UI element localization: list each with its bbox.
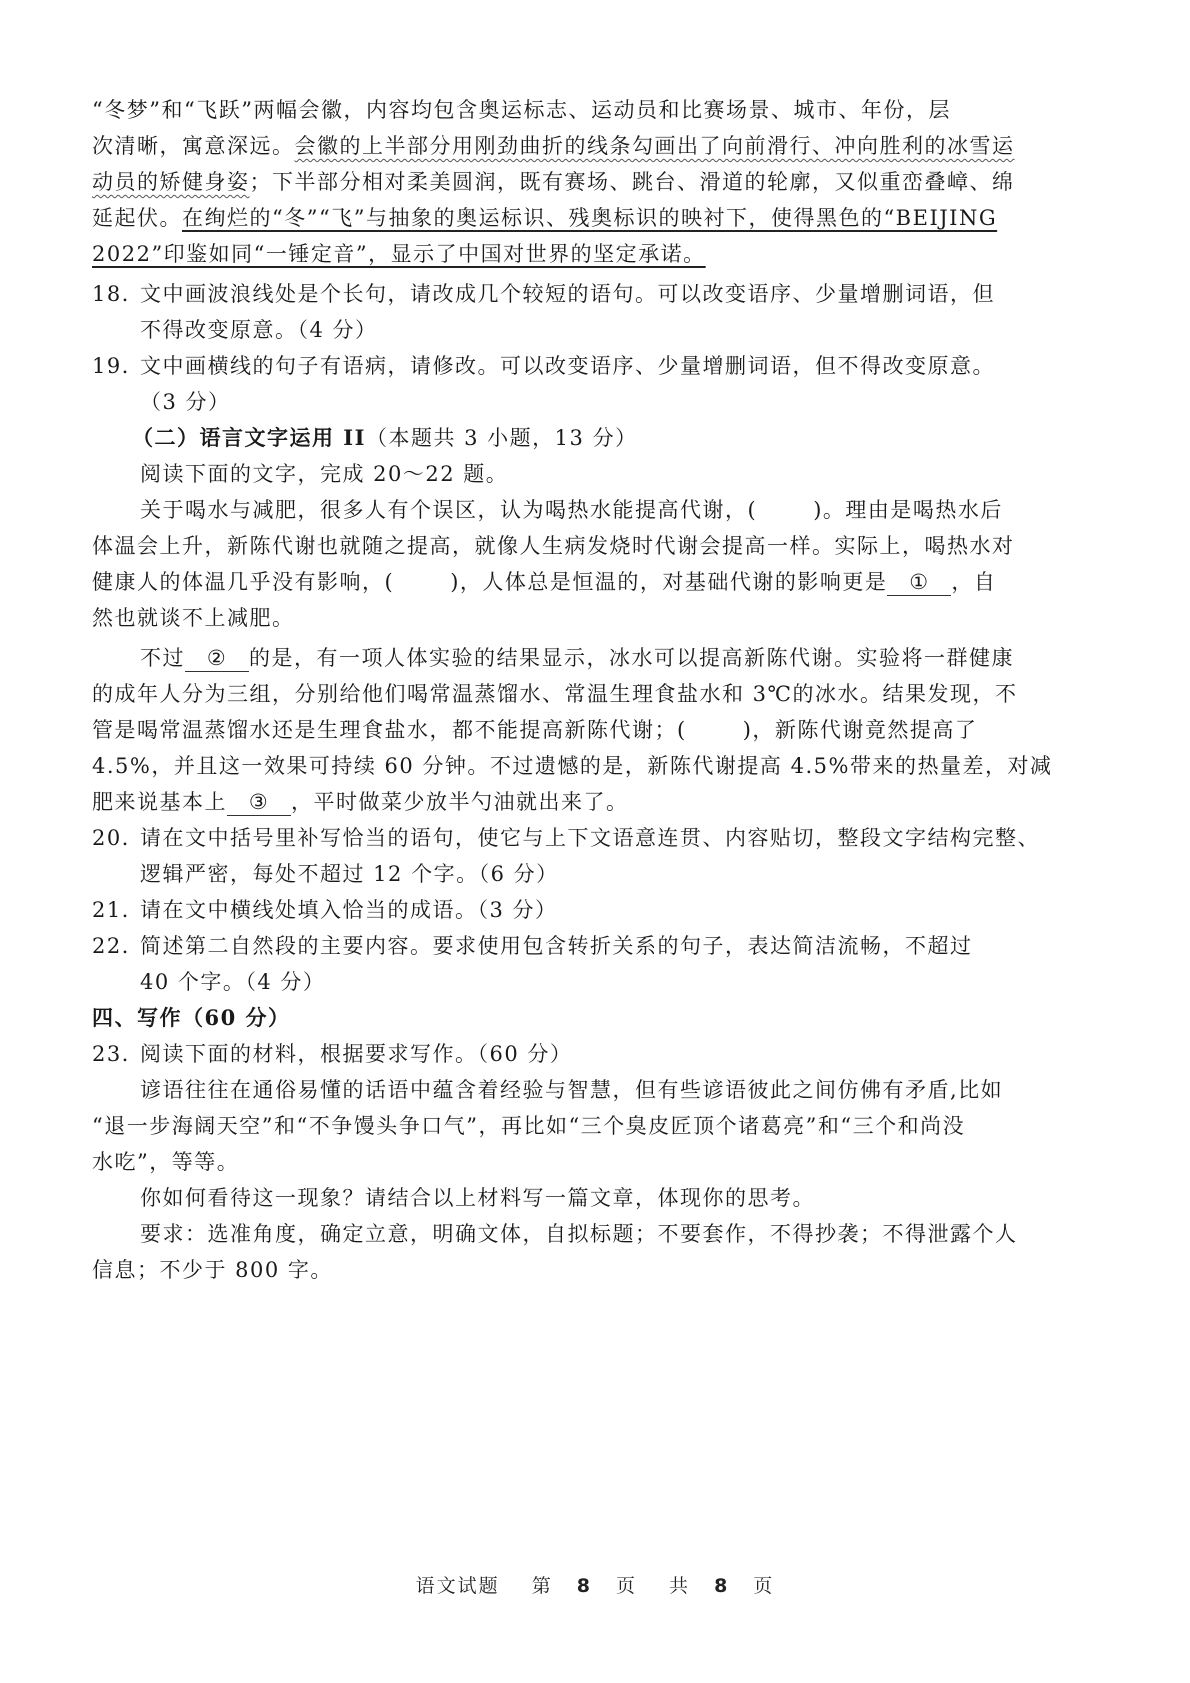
wavy-underlined-text: 会徽的上半部分用刚劲曲折的线条勾画出了向前滑行、冲向胜利的冰雪运: [295, 134, 1015, 158]
question-text: 请在文中括号里补写恰当的语句，使它与上下文语意连贯、内容贴切，整段文字结构完整、: [140, 826, 1040, 850]
material-line2: “退一步海阔天空”和“不争馒头争口气”，再比如“三个臭皮匠顶个诸葛亮”和“三个和…: [92, 1108, 1098, 1144]
question-22: 22．简述第二自然段的主要内容。要求使用包含转折关系的句子，表达简洁流畅，不超过: [92, 928, 1098, 964]
underlined-text: 在绚烂的“冬”“飞”与抽象的奥运标识、残奥标识的映衬下，使得黑色的“BEIJIN…: [182, 206, 997, 230]
passage1-line3: 动员的矫健身姿；下半部分相对柔美圆润，既有赛场、跳台、滑道的轮廓，又似重峦叠嶂、…: [92, 164, 1098, 200]
section-title: （二）语言文字运用 II: [132, 425, 366, 450]
question-19: 19．文中画横线的句子有语病，请修改。可以改变语序、少量增删词语，但不得改变原意…: [92, 348, 1098, 384]
text: ，平时做菜少放半勺油就出来了。: [291, 790, 629, 814]
prompt-line: 你如何看待这一现象？请结合以上材料写一篇文章，体现你的思考。: [92, 1180, 1098, 1216]
question-19-cont: （3 分）: [92, 384, 1098, 420]
question-23: 23．阅读下面的材料，根据要求写作。（60 分）: [92, 1036, 1098, 1072]
text: )，人体总是恒温的，对基础代谢的影响更是: [450, 570, 887, 594]
question-number: 23．: [92, 1036, 140, 1072]
question-text: 阅读下面的材料，根据要求写作。（60 分）: [140, 1042, 572, 1066]
text: 肥来说基本上: [92, 790, 227, 814]
material-line1: 谚语往往在通俗易懂的话语中蕴含着经验与智慧，但有些谚语彼此之间仿佛有矛盾,比如: [92, 1072, 1098, 1108]
passage2-p2-line3: 管是喝常温蒸馏水还是生理食盐水，都不能提高新陈代谢；()，新陈代谢竟然提高了: [92, 712, 1098, 748]
question-text: 请在文中横线处填入恰当的成语。（3 分）: [140, 898, 558, 922]
passage2-p1-line2: 体温会上升，新陈代谢也就随之提高，就像人生病发烧时代谢会提高一样。实际上，喝热水…: [92, 528, 1098, 564]
section-2-instruction: 阅读下面的文字，完成 20～22 题。: [92, 456, 1098, 492]
footer-ye: 页: [753, 1575, 774, 1597]
question-number: 20．: [92, 820, 140, 856]
question-20-cont: 逻辑严密，每处不超过 12 个字。（6 分）: [92, 856, 1098, 892]
passage2-p2-line5: 肥来说基本上③，平时做菜少放半勺油就出来了。: [92, 784, 1098, 820]
underlined-text: 2022”印鉴如同“一锤定音”，显示了中国对世界的坚定承诺。: [92, 242, 706, 266]
passage2-p1-line4: 然也就谈不上减肥。: [92, 600, 1098, 636]
passage1-line1: “冬梦”和“飞跃”两幅会徽，内容均包含奥运标志、运动员和比赛场景、城市、年份，层: [92, 92, 1098, 128]
exam-page: “冬梦”和“飞跃”两幅会徽，内容均包含奥运标志、运动员和比赛场景、城市、年份，层…: [92, 92, 1098, 1288]
text: 关于喝水与减肥，很多人有个误区，认为喝热水能提高代谢，(: [140, 498, 757, 522]
passage2-p2-line2: 的成年人分为三组，分别给他们喝常温蒸馏水、常温生理食盐水和 3℃的冰水。结果发现…: [92, 676, 1098, 712]
question-text: 简述第二自然段的主要内容。要求使用包含转折关系的句子，表达简洁流畅，不超过: [140, 934, 973, 958]
requirements-line2: 信息；不少于 800 字。: [92, 1252, 1098, 1288]
question-18: 18．文中画波浪线处是个长句，请改成几个较短的语句。可以改变语序、少量增删词语，…: [92, 276, 1098, 312]
passage2-p2-line1: 不过②的是，有一项人体实验的结果显示，冰水可以提高新陈代谢。实验将一群健康: [92, 640, 1098, 676]
text: )，新陈代谢竟然提高了: [743, 718, 978, 742]
fill-blank-1: ①: [887, 569, 951, 596]
question-text: 文中画横线的句子有语病，请修改。可以改变语序、少量增删词语，但不得改变原意。: [140, 354, 995, 378]
passage1-line5: 2022”印鉴如同“一锤定音”，显示了中国对世界的坚定承诺。: [92, 236, 1098, 272]
text: 健康人的体温几乎没有影响，(: [92, 570, 394, 594]
material-line3: 水吃”，等等。: [92, 1144, 1098, 1180]
question-21: 21．请在文中横线处填入恰当的成语。（3 分）: [92, 892, 1098, 928]
question-number: 18．: [92, 276, 140, 312]
text: 的是，有一项人体实验的结果显示，冰水可以提高新陈代谢。实验将一群健康: [249, 646, 1014, 670]
plain-text: 延起伏。: [92, 206, 182, 230]
text: ，自: [951, 570, 996, 594]
passage2-p2-line4: 4.5%，并且这一效果可持续 60 分钟。不过遗憾的是，新陈代谢提高 4.5%带…: [92, 748, 1098, 784]
wavy-underlined-text: 动员的矫健身姿: [92, 170, 250, 194]
footer-di: 第: [532, 1575, 553, 1597]
question-number: 21．: [92, 892, 140, 928]
footer-ye: 页: [616, 1575, 637, 1597]
fill-blank-3: ③: [227, 789, 291, 816]
section-4-heading: 四、写作（60 分）: [92, 1000, 1098, 1036]
page-footer: 语文试题 第8页 共8页: [0, 1571, 1190, 1598]
question-20: 20．请在文中括号里补写恰当的语句，使它与上下文语意连贯、内容贴切，整段文字结构…: [92, 820, 1098, 856]
question-number: 19．: [92, 348, 140, 384]
passage2-p1-line1: 关于喝水与减肥，很多人有个误区，认为喝热水能提高代谢，()。理由是喝热水后: [92, 492, 1098, 528]
footer-subject: 语文试题: [416, 1575, 500, 1597]
footer-page-number: 8: [577, 1575, 592, 1597]
plain-text: ；下半部分相对柔美圆润，既有赛场、跳台、滑道的轮廓，又似重峦叠嶂、绵: [250, 170, 1015, 194]
question-18-cont: 不得改变原意。（4 分）: [92, 312, 1098, 348]
requirements-line1: 要求：选准角度，确定立意，明确文体，自拟标题；不要套作，不得抄袭；不得泄露个人: [92, 1216, 1098, 1252]
question-number: 22．: [92, 928, 140, 964]
question-22-cont: 40 个字。（4 分）: [92, 964, 1098, 1000]
text: )。理由是喝热水后: [813, 498, 1003, 522]
plain-text: 次清晰，寓意深远。: [92, 134, 295, 158]
section-subtitle: （本题共 3 小题，13 分）: [366, 426, 638, 450]
fill-blank-2: ②: [185, 645, 249, 672]
text: 不过: [140, 646, 185, 670]
passage2-p1-line3: 健康人的体温几乎没有影响，()，人体总是恒温的，对基础代谢的影响更是①，自: [92, 564, 1098, 600]
text: 管是喝常温蒸馏水还是生理食盐水，都不能提高新陈代谢；(: [92, 718, 687, 742]
passage1-line2: 次清晰，寓意深远。会徽的上半部分用刚劲曲折的线条勾画出了向前滑行、冲向胜利的冰雪…: [92, 128, 1098, 164]
question-text: 文中画波浪线处是个长句，请改成几个较短的语句。可以改变语序、少量增删词语，但: [140, 282, 995, 306]
section-2-heading: （二）语言文字运用 II（本题共 3 小题，13 分）: [92, 420, 1098, 456]
footer-total-pages: 8: [714, 1575, 729, 1597]
footer-gong: 共: [669, 1575, 690, 1597]
passage1-line4: 延起伏。在绚烂的“冬”“飞”与抽象的奥运标识、残奥标识的映衬下，使得黑色的“BE…: [92, 200, 1098, 236]
